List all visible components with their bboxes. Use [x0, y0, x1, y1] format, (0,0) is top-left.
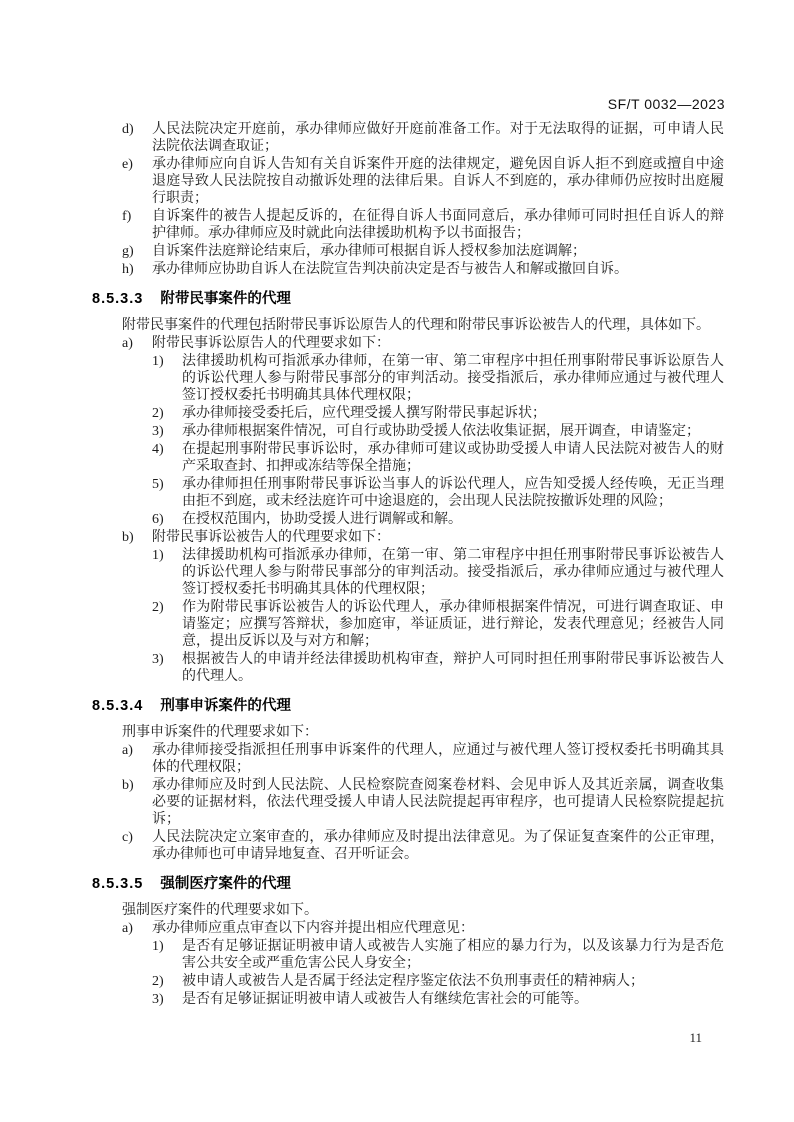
list-item-label: 6)	[152, 511, 182, 528]
list-item: 5) 承办律师担任刑事附带民事诉讼当事人的诉讼代理人，应告知受援人经传唤，无正当…	[152, 476, 724, 510]
list-item-label: 4)	[152, 441, 182, 475]
list-item-text: 承办律师应重点审查以下内容并提出相应代理意见：	[152, 920, 724, 937]
section-title: 刑事申诉案件的代理	[160, 698, 291, 714]
list-item-text: 是否有足够证据证明被申请人或被告人有继续危害社会的可能等。	[182, 991, 724, 1008]
list-item-text: 承办律师应向自诉人告知有关自诉案件开庭的法律规定，避免因自诉人拒不到庭或擅自中途…	[152, 156, 724, 207]
list-item: a) 承办律师应重点审查以下内容并提出相应代理意见：	[122, 920, 724, 937]
list-item-text: 承办律师应及时到人民法院、人民检察院查阅案卷材料、会见申诉人及其近亲属，调查收集…	[152, 777, 724, 828]
list-item-label: 1)	[152, 547, 182, 598]
list-item-label: a)	[122, 742, 152, 776]
section-intro: 刑事申诉案件的代理要求如下：	[92, 724, 724, 741]
list-item-label: 3)	[152, 423, 182, 440]
list-item: b) 附带民事诉讼被告人的代理要求如下：	[122, 529, 724, 546]
list-item: d) 人民法院决定开庭前，承办律师应做好开庭前准备工作。对于无法取得的证据，可申…	[122, 121, 724, 155]
list-item-text: 是否有足够证据证明被申请人或被告人实施了相应的暴力行为，以及该暴力行为是否危害公…	[182, 938, 724, 972]
list-item: 3) 承办律师根据案件情况，可自行或协助受援人依法收集证据，展开调查，申请鉴定；	[152, 423, 724, 440]
list-item-label: 2)	[152, 405, 182, 422]
section-heading: 8.5.3.5 强制医疗案件的代理	[92, 875, 724, 893]
list-item-label: a)	[122, 335, 152, 352]
list-item-label: 2)	[152, 973, 182, 990]
section-heading: 8.5.3.3 附带民事案件的代理	[92, 290, 724, 308]
list-item-text: 法律援助机构可指派承办律师，在第一审、第二审程序中担任刑事附带民事诉讼原告人的诉…	[182, 353, 724, 404]
list-item-text: 人民法院决定开庭前，承办律师应做好开庭前准备工作。对于无法取得的证据，可申请人民…	[152, 121, 724, 155]
list-item-label: 5)	[152, 476, 182, 510]
section-number: 8.5.3.3	[92, 291, 143, 307]
list-item-label: b)	[122, 529, 152, 546]
list-item-label: h)	[122, 261, 152, 278]
list-item-text: 承办律师担任刑事附带民事诉讼当事人的诉讼代理人，应告知受援人经传唤，无正当理由拒…	[182, 476, 724, 510]
list-item-text: 根据被告人的申请并经法律援助机构审查，辩护人可同时担任刑事附带民事诉讼被告人的代…	[182, 651, 724, 685]
list-item-label: d)	[122, 121, 152, 155]
list-item-text: 附带民事诉讼被告人的代理要求如下：	[152, 529, 724, 546]
list-item-text: 法律援助机构可指派承办律师，在第一审、第二审程序中担任刑事附带民事诉讼被告人的诉…	[182, 547, 724, 598]
list-item-text: 附带民事诉讼原告人的代理要求如下：	[152, 335, 724, 352]
list-item-text: 承办律师根据案件情况，可自行或协助受援人依法收集证据，展开调查，申请鉴定；	[182, 423, 724, 440]
list-item: 2) 被申请人或被告人是否属于经法定程序鉴定依法不负刑事责任的精神病人；	[152, 973, 724, 990]
list-item: 3) 根据被告人的申请并经法律援助机构审查，辩护人可同时担任刑事附带民事诉讼被告…	[152, 651, 724, 685]
section-heading: 8.5.3.4 刑事申诉案件的代理	[92, 697, 724, 715]
section-intro: 强制医疗案件的代理要求如下。	[92, 902, 724, 919]
list-item: a) 附带民事诉讼原告人的代理要求如下：	[122, 335, 724, 352]
list-item-label: 2)	[152, 599, 182, 650]
standard-code: SF/T 0032—2023	[608, 96, 725, 112]
list-item: 1) 法律援助机构可指派承办律师，在第一审、第二审程序中担任刑事附带民事诉讼原告…	[152, 353, 724, 404]
list-item-text: 人民法院决定立案审查的，承办律师应及时提出法律意见。为了保证复查案件的公正审理，…	[152, 829, 724, 863]
list-item-label: c)	[122, 829, 152, 863]
list-item: f) 自诉案件的被告人提起反诉的，在征得自诉人书面同意后，承办律师可同时担任自诉…	[122, 208, 724, 242]
list-item-text: 在授权范围内，协助受援人进行调解或和解。	[182, 511, 724, 528]
list-item-text: 作为附带民事诉讼被告人的诉讼代理人，承办律师根据案件情况，可进行调查取证、申请鉴…	[182, 599, 724, 650]
list-item: b) 承办律师应及时到人民法院、人民检察院查阅案卷材料、会见申诉人及其近亲属，调…	[122, 777, 724, 828]
list-item-text: 被申请人或被告人是否属于经法定程序鉴定依法不负刑事责任的精神病人；	[182, 973, 724, 990]
list-item: a) 承办律师接受指派担任刑事申诉案件的代理人，应通过与被代理人签订授权委托书明…	[122, 742, 724, 776]
list-item: e) 承办律师应向自诉人告知有关自诉案件开庭的法律规定，避免因自诉人拒不到庭或擅…	[122, 156, 724, 207]
section-intro: 附带民事案件的代理包括附带民事诉讼原告人的代理和附带民事诉讼被告人的代理，具体如…	[92, 317, 724, 334]
document-page: SF/T 0032—2023 d) 人民法院决定开庭前，承办律师应做好开庭前准备…	[0, 0, 794, 1122]
list-item: 2) 作为附带民事诉讼被告人的诉讼代理人，承办律师根据案件情况，可进行调查取证、…	[152, 599, 724, 650]
section-title: 附带民事案件的代理	[160, 291, 291, 307]
list-item: 2) 承办律师接受委托后，应代理受援人撰写附带民事起诉状；	[152, 405, 724, 422]
list-item-label: g)	[122, 243, 152, 260]
list-item: 6) 在授权范围内，协助受援人进行调解或和解。	[152, 511, 724, 528]
list-item-label: 3)	[152, 651, 182, 685]
list-item-label: a)	[122, 920, 152, 937]
list-item-label: b)	[122, 777, 152, 828]
list-item: 1) 是否有足够证据证明被申请人或被告人实施了相应的暴力行为，以及该暴力行为是否…	[152, 938, 724, 972]
list-item-text: 自诉案件法庭辩论结束后，承办律师可根据自诉人授权参加法庭调解；	[152, 243, 724, 260]
page-number: 11	[689, 1030, 702, 1046]
document-body: d) 人民法院决定开庭前，承办律师应做好开庭前准备工作。对于无法取得的证据，可申…	[92, 121, 724, 1009]
list-item: 1) 法律援助机构可指派承办律师，在第一审、第二审程序中担任刑事附带民事诉讼被告…	[152, 547, 724, 598]
section-number: 8.5.3.5	[92, 876, 143, 892]
list-item-label: f)	[122, 208, 152, 242]
list-item: h) 承办律师应协助自诉人在法院宣告判决前决定是否与被告人和解或撤回自诉。	[122, 261, 724, 278]
list-item-label: 3)	[152, 991, 182, 1008]
section-number: 8.5.3.4	[92, 698, 143, 714]
list-item: c) 人民法院决定立案审查的，承办律师应及时提出法律意见。为了保证复查案件的公正…	[122, 829, 724, 863]
list-item-text: 在提起刑事附带民事诉讼时，承办律师可建议或协助受援人申请人民法院对被告人的财产采…	[182, 441, 724, 475]
list-item: g) 自诉案件法庭辩论结束后，承办律师可根据自诉人授权参加法庭调解；	[122, 243, 724, 260]
list-item-label: 1)	[152, 938, 182, 972]
list-item-label: 1)	[152, 353, 182, 404]
list-item-text: 承办律师接受委托后，应代理受援人撰写附带民事起诉状；	[182, 405, 724, 422]
section-title: 强制医疗案件的代理	[160, 876, 291, 892]
list-item-text: 承办律师应协助自诉人在法院宣告判决前决定是否与被告人和解或撤回自诉。	[152, 261, 724, 278]
list-item-label: e)	[122, 156, 152, 207]
list-item: 3) 是否有足够证据证明被申请人或被告人有继续危害社会的可能等。	[152, 991, 724, 1008]
list-item: 4) 在提起刑事附带民事诉讼时，承办律师可建议或协助受援人申请人民法院对被告人的…	[152, 441, 724, 475]
list-item-text: 自诉案件的被告人提起反诉的，在征得自诉人书面同意后，承办律师可同时担任自诉人的辩…	[152, 208, 724, 242]
list-item-text: 承办律师接受指派担任刑事申诉案件的代理人，应通过与被代理人签订授权委托书明确其具…	[152, 742, 724, 776]
